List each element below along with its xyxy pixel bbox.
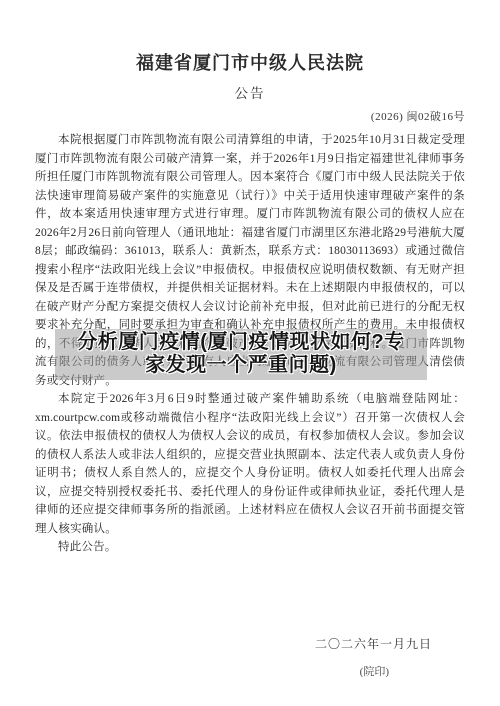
notice-subtitle: 公告 xyxy=(35,86,465,102)
notice-date: 二〇二六年一月九日 xyxy=(35,635,465,652)
case-number: (2026) 闽02破16号 xyxy=(35,108,465,124)
court-name-title: 福建省厦门市中级人民法院 xyxy=(35,52,465,74)
closing-line: 特此公告。 xyxy=(35,538,465,557)
headline-line-1: 分析厦门疫情(厦门疫情现状如何?专 xyxy=(55,331,427,354)
signature-block: 二〇二六年一月九日 (院印) xyxy=(35,635,465,679)
headline-line-2: 家发现一个严重问题) xyxy=(55,354,427,377)
body-paragraph-2: 本院定于2026年3月6日9时整通过破产案件辅助系统（电脑端登陆网址：xm.co… xyxy=(35,390,465,538)
headline-overlay-banner: 分析厦门疫情(厦门疫情现状如何?专 家发现一个严重问题) xyxy=(55,329,427,380)
court-seal-placeholder: (院印) xyxy=(35,663,465,679)
